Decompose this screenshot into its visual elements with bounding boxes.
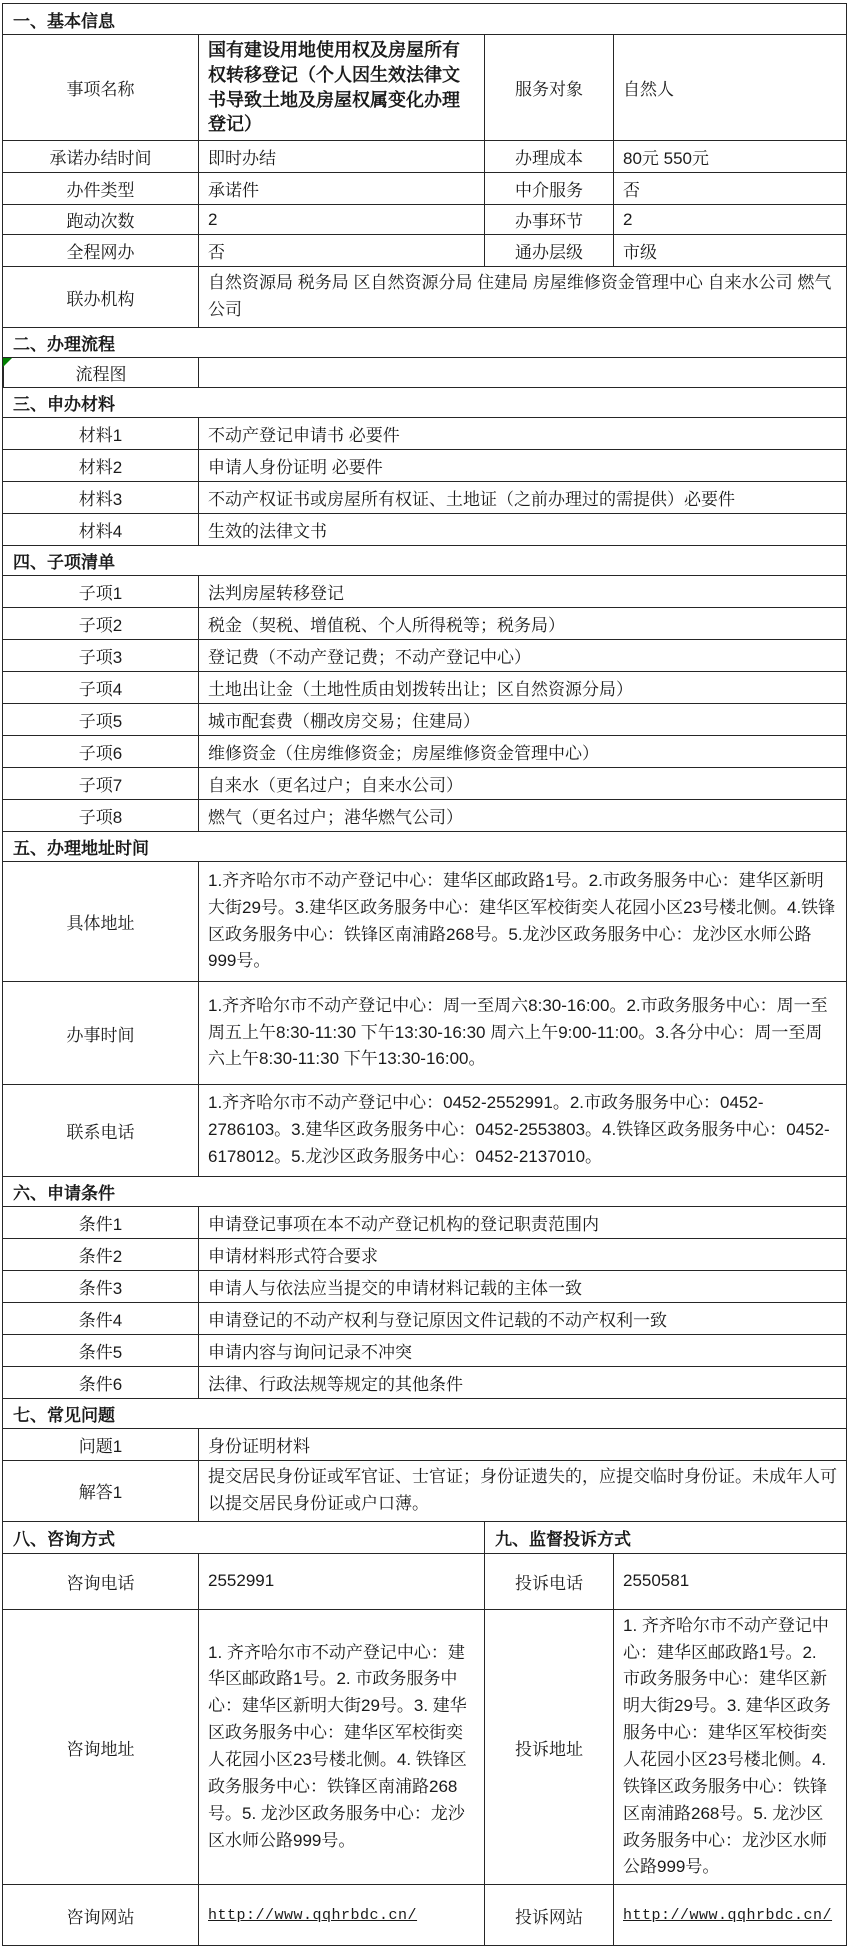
table-row: 子项5 城市配套费（棚改房交易；住建局）	[3, 703, 846, 735]
condition-1-value: 申请登记事项在本不动产登记机构的登记职责范围内	[198, 1207, 846, 1238]
table-row: 具体地址 1.齐齐哈尔市不动产登记中心：建华区邮政路1号。2.市政务服务中心：建…	[3, 861, 846, 981]
condition-2-value: 申请材料形式符合要求	[198, 1239, 846, 1270]
material-2-label: 材料2	[3, 450, 198, 481]
question-1-label: 问题1	[3, 1429, 198, 1460]
subitem-5-value: 城市配套费（棚改房交易；住建局）	[198, 704, 846, 735]
service-target-value: 自然人	[613, 35, 846, 140]
agency-service-label: 中介服务	[484, 173, 613, 204]
material-2-value: 申请人身份证明 必要件	[198, 450, 846, 481]
table-row: 办件类型 承诺件 中介服务 否	[3, 172, 846, 204]
item-name-label: 事项名称	[3, 35, 198, 140]
joint-org-label: 联办机构	[3, 267, 198, 327]
table-row: 子项6 维修资金（住房维修资金；房屋维修资金管理中心）	[3, 735, 846, 767]
case-type-value: 承诺件	[198, 173, 484, 204]
table-row: 子项8 燃气（更名过户；港华燃气公司）	[3, 799, 846, 831]
promise-time-label: 承诺办结时间	[3, 141, 198, 172]
table-row: 全程网办 否 通办层级 市级	[3, 234, 846, 266]
subitem-2-value: 税金（契税、增值税、个人所得税等；税务局）	[198, 608, 846, 639]
consult-website-link[interactable]: http://www.qqhrbdc.cn/	[208, 1907, 417, 1924]
level-label: 通办层级	[484, 235, 613, 266]
question-1-value: 身份证明材料	[198, 1429, 846, 1460]
table-row: 材料1 不动产登记申请书 必要件	[3, 417, 846, 449]
condition-6-label: 条件6	[3, 1367, 198, 1398]
table-row: 跑动次数 2 办事环节 2	[3, 204, 846, 234]
promise-time-value: 即时办结	[198, 141, 484, 172]
consult-address-value: 1. 齐齐哈尔市不动产登记中心：建华区邮政路1号。2. 市政务服务中心：建华区新…	[198, 1610, 484, 1885]
condition-4-label: 条件4	[3, 1303, 198, 1334]
section-process-title: 二、办理流程	[3, 328, 846, 357]
contact-phone-label: 联系电话	[3, 1085, 198, 1176]
section-faq-title: 七、常见问题	[3, 1399, 846, 1428]
cost-value: 80元 550元	[613, 141, 846, 172]
section-consult-complaint-header: 八、咨询方式 九、监督投诉方式	[3, 1521, 846, 1553]
run-count-label: 跑动次数	[3, 205, 198, 234]
subitem-4-label: 子项4	[3, 672, 198, 703]
table-row: 解答1 提交居民身份证或军官证、士官证；身份证遗失的，应提交临时身份证。未成年人…	[3, 1460, 846, 1521]
address-value: 1.齐齐哈尔市不动产登记中心：建华区邮政路1号。2.市政务服务中心：建华区新明大…	[198, 862, 846, 981]
office-hours-value: 1.齐齐哈尔市不动产登记中心：周一至周六8:30-16:00。2.市政务服务中心…	[198, 982, 846, 1084]
table-row: 条件5 申请内容与询问记录不冲突	[3, 1334, 846, 1366]
consult-phone-value: 2552991	[198, 1554, 484, 1609]
subitem-2-label: 子项2	[3, 608, 198, 639]
table-row: 事项名称 国有建设用地使用权及房屋所有权转移登记（个人因生效法律文书导致土地及房…	[3, 34, 846, 140]
section-materials-title: 三、申办材料	[3, 388, 846, 417]
section-subitems-title: 四、子项清单	[3, 546, 846, 575]
subitem-1-value: 法判房屋转移登记	[198, 576, 846, 607]
condition-3-value: 申请人与依法应当提交的申请材料记载的主体一致	[198, 1271, 846, 1302]
material-3-label: 材料3	[3, 482, 198, 513]
flowchart-row: 流程图	[3, 357, 846, 387]
condition-3-label: 条件3	[3, 1271, 198, 1302]
subitem-8-value: 燃气（更名过户；港华燃气公司）	[198, 800, 846, 831]
complaint-website-cell: http://www.qqhrbdc.cn/	[613, 1885, 846, 1945]
subitem-5-label: 子项5	[3, 704, 198, 735]
item-name-value: 国有建设用地使用权及房屋所有权转移登记（个人因生效法律文书导致土地及房屋权属变化…	[198, 35, 484, 140]
condition-6-value: 法律、行政法规等规定的其他条件	[198, 1367, 846, 1398]
cost-label: 办理成本	[484, 141, 613, 172]
section-address-time-title: 五、办理地址时间	[3, 832, 846, 861]
complaint-address-value: 1. 齐齐哈尔市不动产登记中心：建华区邮政路1号。2. 市政务服务中心：建华区新…	[613, 1610, 846, 1885]
condition-1-label: 条件1	[3, 1207, 198, 1238]
complaint-website-label: 投诉网站	[484, 1885, 613, 1945]
subitem-6-value: 维修资金（住房维修资金；房屋维修资金管理中心）	[198, 736, 846, 767]
section-subitems-header: 四、子项清单	[3, 545, 846, 575]
subitem-1-label: 子项1	[3, 576, 198, 607]
table-row: 咨询电话 2552991 投诉电话 2550581	[3, 1553, 846, 1609]
section-materials-header: 三、申办材料	[3, 387, 846, 417]
section-process-header: 二、办理流程	[3, 327, 846, 357]
office-hours-label: 办事时间	[3, 982, 198, 1084]
steps-label: 办事环节	[484, 205, 613, 234]
table-row: 联系电话 1.齐齐哈尔市不动产登记中心：0452-2552991。2.市政务服务…	[3, 1084, 846, 1176]
subitem-3-value: 登记费（不动产登记费；不动产登记中心）	[198, 640, 846, 671]
table-row: 子项4 土地出让金（土地性质由划拨转出让；区自然资源分局）	[3, 671, 846, 703]
full-online-label: 全程网办	[3, 235, 198, 266]
consult-website-label: 咨询网站	[3, 1885, 198, 1945]
material-4-label: 材料4	[3, 514, 198, 545]
section-basic-info-header: 一、基本信息	[3, 4, 846, 34]
complaint-website-link[interactable]: http://www.qqhrbdc.cn/	[623, 1907, 832, 1924]
complaint-phone-value: 2550581	[613, 1554, 846, 1609]
table-row: 条件4 申请登记的不动产权利与登记原因文件记载的不动产权利一致	[3, 1302, 846, 1334]
subitem-6-label: 子项6	[3, 736, 198, 767]
answer-1-label: 解答1	[3, 1461, 198, 1521]
section-conditions-header: 六、申请条件	[3, 1176, 846, 1206]
subitem-7-value: 自来水（更名过户；自来水公司）	[198, 768, 846, 799]
table-row: 问题1 身份证明材料	[3, 1428, 846, 1460]
consult-address-label: 咨询地址	[3, 1610, 198, 1885]
section-address-time-header: 五、办理地址时间	[3, 831, 846, 861]
material-1-label: 材料1	[3, 418, 198, 449]
table-row: 条件3 申请人与依法应当提交的申请材料记载的主体一致	[3, 1270, 846, 1302]
section-basic-info-title: 一、基本信息	[3, 4, 846, 34]
joint-org-value: 自然资源局 税务局 区自然资源分局 住建局 房屋维修资金管理中心 自来水公司 燃…	[198, 267, 846, 327]
section-complaint-title: 九、监督投诉方式	[484, 1522, 846, 1553]
consult-website-cell: http://www.qqhrbdc.cn/	[198, 1885, 484, 1945]
table-row: 材料4 生效的法律文书	[3, 513, 846, 545]
table-row: 材料2 申请人身份证明 必要件	[3, 449, 846, 481]
condition-5-value: 申请内容与询问记录不冲突	[198, 1335, 846, 1366]
level-value: 市级	[613, 235, 846, 266]
subitem-4-value: 土地出让金（土地性质由划拨转出让；区自然资源分局）	[198, 672, 846, 703]
condition-2-label: 条件2	[3, 1239, 198, 1270]
condition-4-value: 申请登记的不动产权利与登记原因文件记载的不动产权利一致	[198, 1303, 846, 1334]
table-row: 材料3 不动产权证书或房屋所有权证、土地证（之前办理过的需提供）必要件	[3, 481, 846, 513]
table-row: 子项2 税金（契税、增值税、个人所得税等；税务局）	[3, 607, 846, 639]
full-online-value: 否	[198, 235, 484, 266]
table-row: 办事时间 1.齐齐哈尔市不动产登记中心：周一至周六8:30-16:00。2.市政…	[3, 981, 846, 1084]
material-4-value: 生效的法律文书	[198, 514, 846, 545]
subitem-3-label: 子项3	[3, 640, 198, 671]
table-row: 承诺办结时间 即时办结 办理成本 80元 550元	[3, 140, 846, 172]
table-row: 条件1 申请登记事项在本不动产登记机构的登记职责范围内	[3, 1206, 846, 1238]
section-faq-header: 七、常见问题	[3, 1398, 846, 1428]
section-conditions-title: 六、申请条件	[3, 1177, 846, 1206]
case-type-label: 办件类型	[3, 173, 198, 204]
flowchart-cell-empty	[198, 358, 846, 387]
comment-flag-icon	[3, 358, 12, 367]
table-row: 咨询地址 1. 齐齐哈尔市不动产登记中心：建华区邮政路1号。2. 市政务服务中心…	[3, 1609, 846, 1885]
table-row: 咨询网站 http://www.qqhrbdc.cn/ 投诉网站 http://…	[3, 1884, 846, 1945]
address-label: 具体地址	[3, 862, 198, 981]
table-row: 子项1 法判房屋转移登记	[3, 575, 846, 607]
service-target-label: 服务对象	[484, 35, 613, 140]
flowchart-label: 流程图	[3, 358, 198, 387]
answer-1-value: 提交居民身份证或军官证、士官证；身份证遗失的，应提交临时身份证。未成年人可以提交…	[198, 1461, 846, 1521]
complaint-address-label: 投诉地址	[484, 1610, 613, 1885]
complaint-phone-label: 投诉电话	[484, 1554, 613, 1609]
contact-phone-value: 1.齐齐哈尔市不动产登记中心：0452-2552991。2.市政务服务中心：04…	[198, 1085, 846, 1176]
condition-5-label: 条件5	[3, 1335, 198, 1366]
service-info-table: 一、基本信息 事项名称 国有建设用地使用权及房屋所有权转移登记（个人因生效法律文…	[2, 3, 847, 1946]
agency-service-value: 否	[613, 173, 846, 204]
section-consult-title: 八、咨询方式	[3, 1522, 484, 1553]
table-row: 条件6 法律、行政法规等规定的其他条件	[3, 1366, 846, 1398]
table-row: 子项7 自来水（更名过户；自来水公司）	[3, 767, 846, 799]
table-row: 条件2 申请材料形式符合要求	[3, 1238, 846, 1270]
subitem-7-label: 子项7	[3, 768, 198, 799]
table-row: 联办机构 自然资源局 税务局 区自然资源分局 住建局 房屋维修资金管理中心 自来…	[3, 266, 846, 327]
material-3-value: 不动产权证书或房屋所有权证、土地证（之前办理过的需提供）必要件	[198, 482, 846, 513]
steps-value: 2	[613, 205, 846, 234]
subitem-8-label: 子项8	[3, 800, 198, 831]
table-row: 子项3 登记费（不动产登记费；不动产登记中心）	[3, 639, 846, 671]
consult-phone-label: 咨询电话	[3, 1554, 198, 1609]
material-1-value: 不动产登记申请书 必要件	[198, 418, 846, 449]
run-count-value: 2	[198, 205, 484, 234]
